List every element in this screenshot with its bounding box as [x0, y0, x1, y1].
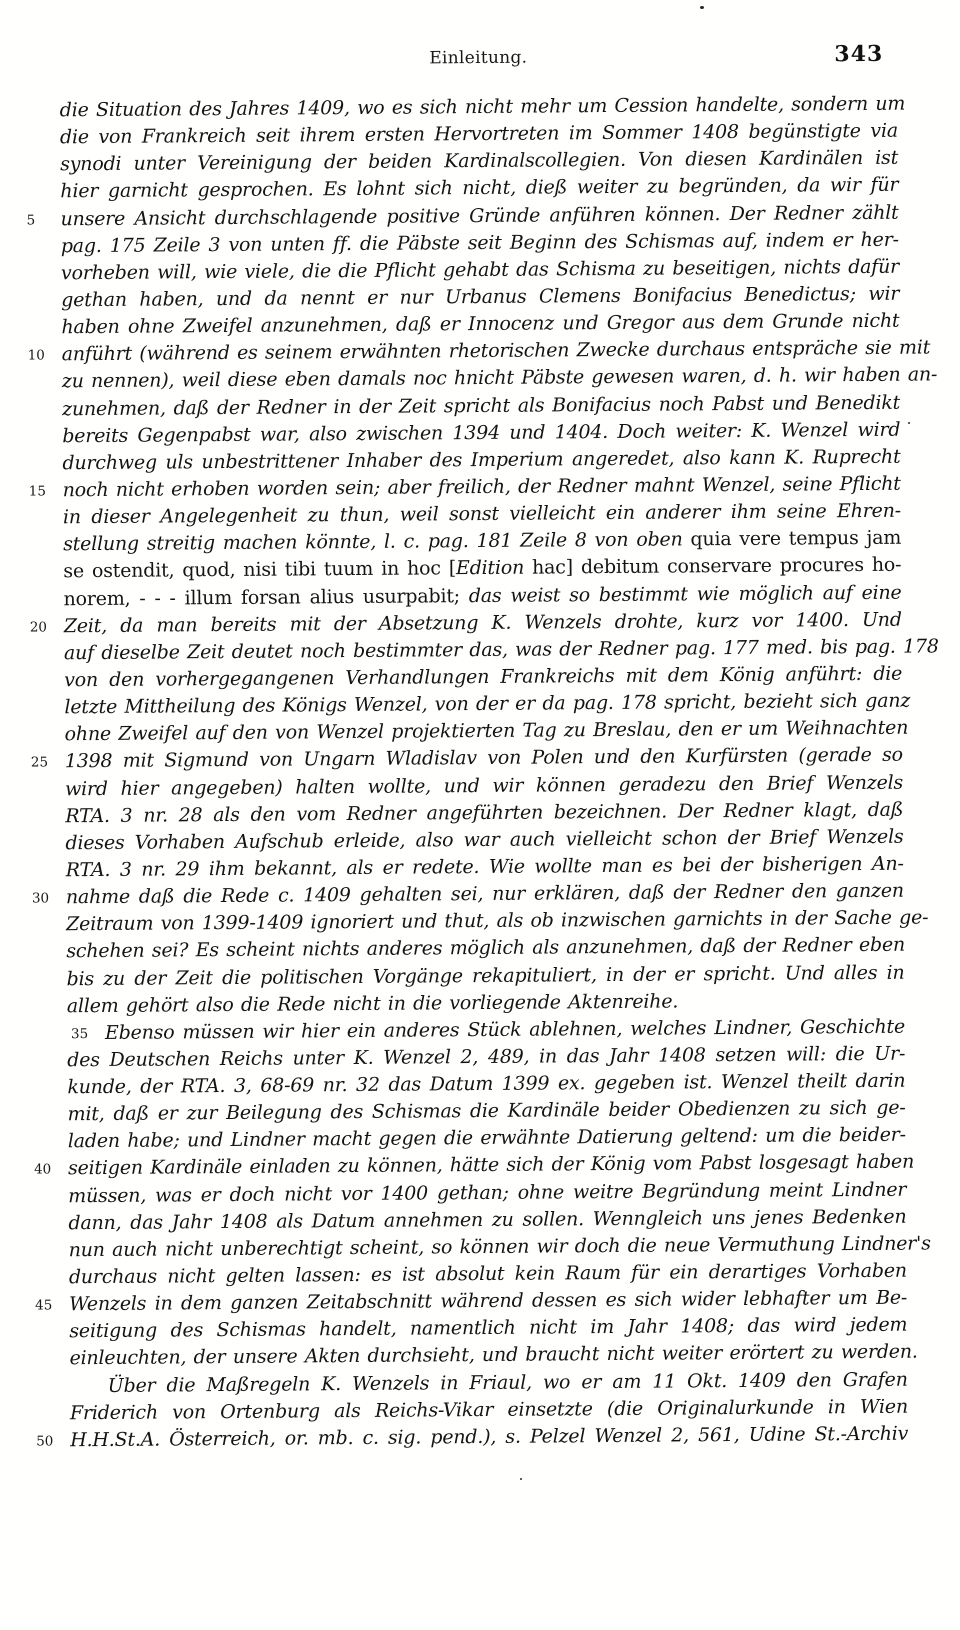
body-text: letzte Mittheilung des Königs Wenzel, vo…: [64, 690, 910, 719]
body-text: bis zu der Zeit die politischen Vorgänge…: [66, 961, 904, 990]
body-text: H.H.St.A. Österreich, or. mb. c. sig. pe…: [70, 1423, 908, 1452]
body-text: von den vorhergegangenen Verhandlungen F…: [64, 663, 902, 692]
body-text: haben ohne Zweifel anzunehmen, daß er In…: [61, 310, 899, 339]
line-number: 30: [32, 885, 58, 912]
body-text: RTA. 3 nr. 28 als den vom Redner angefüh…: [65, 798, 903, 827]
body-text: die von Frankreich seit ihrem ersten Her…: [60, 120, 898, 149]
line-number: 40: [34, 1157, 60, 1184]
line-number: 20: [30, 614, 56, 641]
body-text: schehen sei? Es scheint nichts anderes m…: [66, 934, 905, 963]
body-text: mit, daß er zur Beilegung des Schismas d…: [68, 1097, 906, 1126]
body-text: auf dieselbe Zeit deutet noch bestimmter…: [64, 635, 939, 664]
latin-quote-text: se ostendit, quod, nisi tibi tuum in hoc…: [63, 558, 456, 583]
body-text: müssen, was er doch nicht vor 1400 getha…: [68, 1178, 906, 1207]
body-text: seitigen Kardinäle einladen zu können, h…: [68, 1151, 914, 1180]
line-number: 50: [36, 1428, 62, 1455]
latin-quote-text: hac] debitum conservare procures ho-: [524, 554, 901, 579]
body-text: kunde, der RTA. 3, 68-69 nr. 32 das Datu…: [67, 1070, 905, 1099]
body-text: nun auch nicht unberechtigt scheint, so …: [69, 1232, 931, 1261]
page-number: 343: [834, 41, 883, 67]
body-text: gethan haben, und da nennt er nur Urbanu…: [61, 283, 899, 312]
body-text: zunehmen, daß der Redner in der Zeit spr…: [62, 391, 900, 420]
body-text: Zeitraum von 1399-1409 ignoriert und thu…: [66, 907, 928, 936]
body-text: ohne Zweifel auf den von Wenzel projekti…: [65, 717, 909, 746]
scan-speck: [700, 6, 704, 9]
body-text: anführt (während es seinem erwähnten rhe…: [62, 337, 931, 366]
body-text: pag. 175 Zeile 3 von unten ff. die Päbst…: [61, 228, 899, 257]
body-text: noch nicht erhoben worden sein; aber fre…: [63, 473, 901, 502]
running-title: Einleitung.: [59, 45, 897, 72]
scan-speck: [908, 422, 910, 424]
body-text: RTA. 3 nr. 29 ihm bekannt, als er redete…: [66, 853, 904, 882]
body-text: Über die Maßregeln K. Wenzels in Friaul,…: [108, 1368, 908, 1396]
body-text: synodi unter Vereinigung der beiden Kard…: [60, 147, 898, 176]
page-header: Einleitung. 343: [59, 45, 897, 80]
line-number: 25: [31, 750, 57, 777]
scanned-book-page: Einleitung. 343 die Situation des Jahres…: [0, 0, 960, 1630]
line-number: 5: [26, 207, 52, 234]
scan-area: Einleitung. 343 die Situation des Jahres…: [0, 0, 960, 1630]
latin-quote-text: norem, - - - illum forsan alius usurpabi…: [63, 585, 468, 610]
body-text: hier garnicht gesprochen. Es lohnt sich …: [60, 174, 898, 203]
scan-speck: [520, 1478, 522, 1480]
line-number: 10: [28, 343, 54, 370]
body-text: Zeit, da man bereits mit der Absetzung K…: [64, 608, 902, 637]
body-text: seitigung des Schismas handelt, namentli…: [69, 1314, 907, 1343]
body-text: zu nennen), weil diese eben damals noc h…: [62, 364, 938, 393]
body-text: unsere Ansicht durchschlagende positive …: [60, 201, 898, 230]
body-text: dann, das Jahr 1408 als Datum annehmen z…: [68, 1205, 906, 1234]
body-text: die Situation des Jahres 1409, wo es sic…: [60, 93, 906, 122]
body-text: Friderich von Ortenburg als Reichs-Vikar…: [70, 1395, 908, 1424]
body-text: Ebenso müssen wir hier ein anderes Stück…: [105, 1015, 905, 1043]
body-text: des Deutschen Reichs unter K. Wenzel 2, …: [67, 1043, 905, 1072]
body-text: einleuchten, der unsere Akten durchsieht…: [69, 1341, 917, 1370]
body-text: allem gehört also die Rede nicht in die …: [67, 990, 679, 1017]
body-text: nahme daß die Rede c. 1409 gehalten sei,…: [66, 880, 904, 909]
body-text: 1398 mit Sigmund von Ungarn Wladislav vo…: [65, 744, 903, 773]
body-text: wird hier angegeben) halten wollte, und …: [65, 771, 903, 800]
body-text: Wenzels in dem ganzen Zeitabschnitt währ…: [69, 1287, 907, 1316]
text-line: 50H.H.St.A. Österreich, or. mb. c. sig. …: [70, 1421, 908, 1455]
body-text: durchaus nicht gelten lassen: es ist abs…: [69, 1260, 907, 1289]
line-number: 35: [33, 1021, 59, 1048]
body-text: dieses Vorhaben Aufschub erleide, also w…: [65, 825, 903, 854]
body-text: durchweg uls unbestrittener Inhaber des …: [62, 446, 900, 475]
body-text: laden habe; und Lindner macht gegen die …: [68, 1124, 906, 1153]
body-text: bereits Gegenpabst war, also zwischen 13…: [62, 418, 900, 447]
body-text: in dieser Angelegenheit zu thun, weil so…: [63, 500, 901, 529]
body-text: Edition: [456, 557, 524, 580]
textblock: die Situation des Jahres 1409, wo es sic…: [60, 91, 909, 1455]
body-text: das weist so bestimmt wie möglich auf ei…: [469, 581, 902, 606]
line-number: 15: [29, 478, 55, 505]
body-text: stellung streitig machen könnte, l. c. p…: [63, 529, 690, 556]
latin-quote-text: quia vere tempus jam: [690, 527, 901, 551]
line-number: 45: [35, 1292, 61, 1319]
body-text: vorheben will, wie viele, die die Pflich…: [61, 256, 899, 285]
